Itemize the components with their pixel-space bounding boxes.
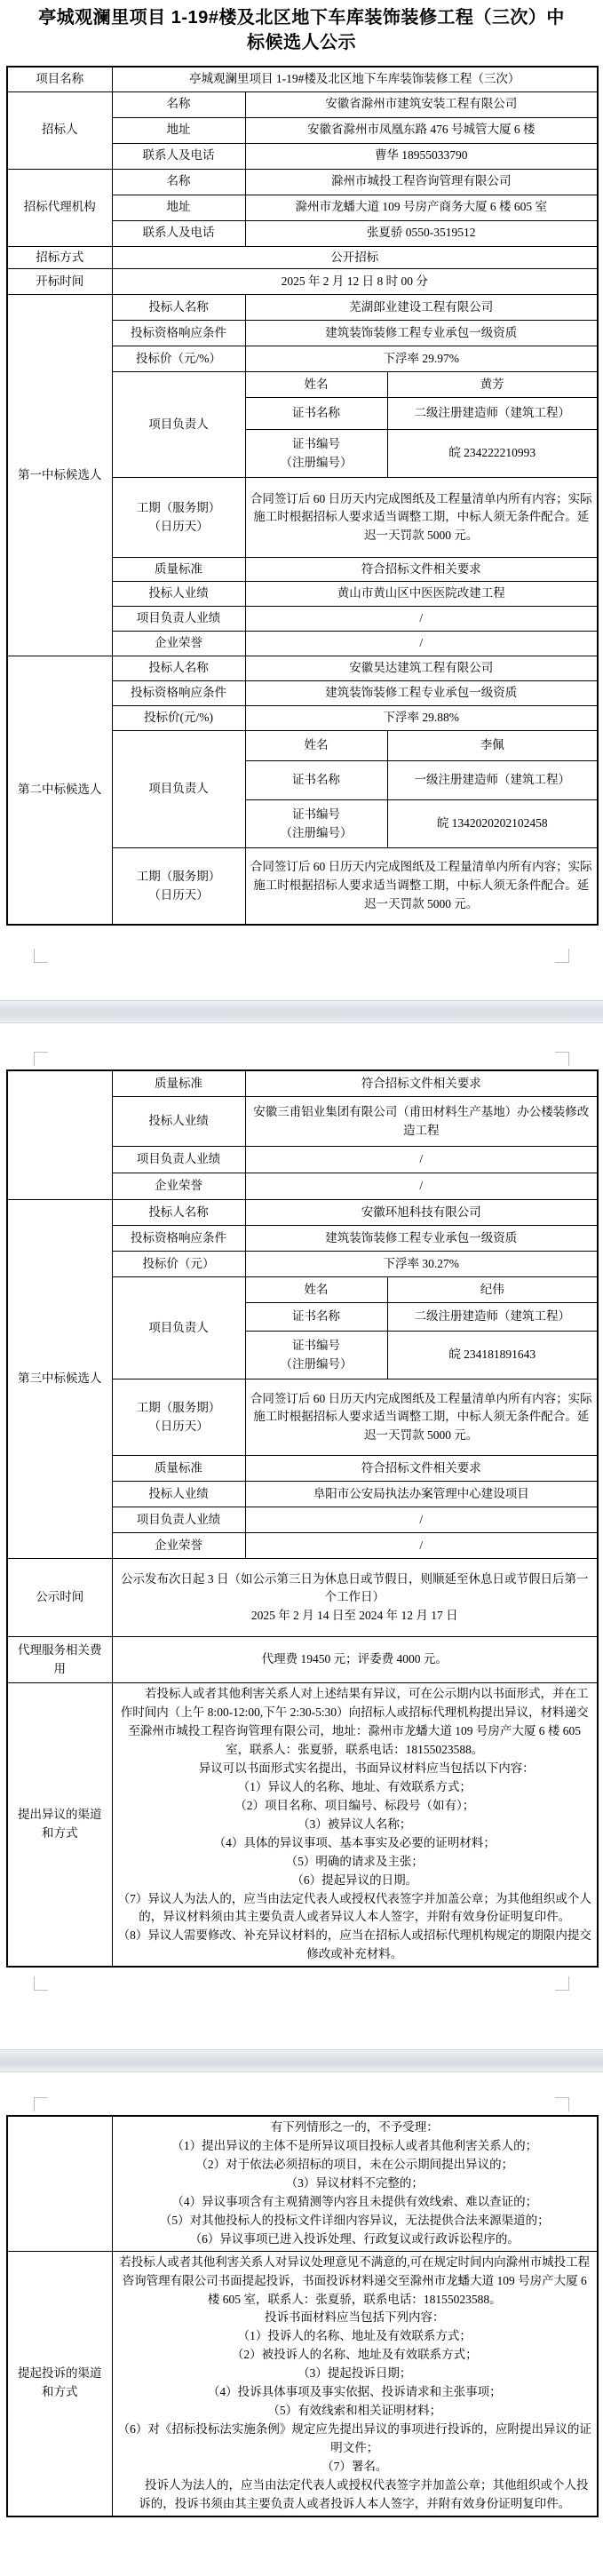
candidate3-cert-no-value: 皖 234181891643	[387, 1332, 598, 1379]
candidate1-pm-perf-value: /	[245, 607, 598, 632]
agency-name-value: 滁州市城投工程咨询管理有限公司	[245, 169, 598, 195]
crop-mark	[555, 1976, 569, 1991]
candidate1-price-value: 下浮率 29.97%	[245, 346, 598, 372]
bidder-perf-label: 投标人业绩	[112, 582, 245, 607]
candidate1-bidder-perf-value: 黄山市黄山区中医医院改建工程	[245, 582, 598, 607]
candidate2-cert-name-value: 一级注册建造师（建筑工程）	[387, 761, 598, 800]
announcement-table-page1: 项目名称 亭城观澜里项目 1-19#楼及北区地下车库装饰装修工程（三次） 招标人…	[6, 66, 599, 926]
honor-label: 企业荣誉	[112, 632, 245, 656]
project-name-label: 项目名称	[7, 67, 112, 91]
tenderer-address-value: 安徽省滁州市凤凰东路 476 号城管大厦 6 楼	[245, 117, 598, 143]
document-canvas: 亭城观澜里项目 1-19#楼及北区地下车库装饰装修工程（三次）中标候选人公示 项…	[0, 0, 603, 2576]
candidate1-quality-value: 符合招标文件相关要求	[245, 558, 598, 582]
honor-label: 企业荣誉	[112, 1173, 245, 1200]
crop-mark	[34, 1052, 48, 1066]
candidate2-honor-value: /	[245, 1173, 598, 1200]
pm-name-label: 姓名	[245, 731, 387, 761]
candidate3-bidder-value: 安徽环旭科技有限公司	[245, 1200, 598, 1226]
candidate1-rank-label: 第一中标候选人	[7, 295, 112, 656]
publicity-time-label: 公示时间	[7, 1559, 112, 1637]
page-title: 亭城观澜里项目 1-19#楼及北区地下车库装饰装修工程（三次）中标候选人公示	[0, 0, 603, 55]
contact-label: 联系人及电话	[112, 143, 245, 169]
page-3: 有下列情形之一的，不予受理： （1）提出异议的主体不是所异议项目投标人或者其他利…	[0, 2072, 603, 2575]
candidate1-cert-no-value: 皖 234222210993	[387, 430, 598, 478]
contact-label: 联系人及电话	[112, 220, 245, 246]
publicity-time-value: 公示发布次日起 3 日（如公示第三日为休息日或节假日，则顺延至休息日或节假日后第…	[112, 1559, 598, 1637]
candidate2-rank-continued-cell	[7, 1070, 112, 1200]
agency-label: 招标代理机构	[7, 169, 112, 246]
bidder-name-label: 投标人名称	[112, 295, 245, 321]
project-name-value: 亭城观澜里项目 1-19#楼及北区地下车库装饰装修工程（三次）	[112, 67, 598, 91]
pm-label: 项目负责人	[112, 1277, 245, 1379]
candidate3-cert-name-value: 二级注册建造师（建筑工程）	[387, 1303, 598, 1332]
crop-mark	[555, 949, 569, 963]
bidder-name-label: 投标人名称	[112, 656, 245, 681]
objection-rejection-text: 有下列情形之一的，不予受理： （1）提出异议的主体不是所异议项目投标人或者其他利…	[112, 2116, 598, 2251]
cert-no-label: 证书编号 （注册编号）	[245, 800, 387, 848]
candidate2-price-value: 下浮率 29.88%	[245, 706, 598, 731]
page-1: 亭城观澜里项目 1-19#楼及北区地下车库装饰装修工程（三次）中标候选人公示 项…	[0, 0, 603, 1000]
candidate3-honor-value: /	[245, 1533, 598, 1559]
crop-mark	[34, 2097, 48, 2111]
duration-label: 工期（服务期） （日历天）	[112, 478, 245, 558]
open-time-value: 2025 年 2 月 12 日 8 时 00 分	[112, 269, 598, 295]
duration-label: 工期（服务期） （日历天）	[112, 1379, 245, 1456]
announcement-table-page2: 质量标准 符合招标文件相关要求 投标人业绩 安徽三甫铝业集团有限公司（甫田材料生…	[6, 1069, 599, 1968]
qualification-label: 投标资格响应条件	[112, 321, 245, 346]
price-label: 投标价（元/%）	[112, 346, 245, 372]
name-label: 名称	[112, 91, 245, 117]
pm-perf-label: 项目负责人业绩	[112, 607, 245, 632]
quality-label: 质量标准	[112, 558, 245, 582]
candidate2-duration-value: 合同签订后 60 日历天内完成图纸及工程量清单内所有内容；实际施工时根据招标人要…	[245, 848, 598, 925]
candidate2-qualification-value: 建筑装饰装修工程专业承包一级资质	[245, 681, 598, 706]
pm-perf-label: 项目负责人业绩	[112, 1507, 245, 1533]
crop-mark	[555, 2097, 569, 2111]
bidder-perf-label: 投标人业绩	[112, 1097, 245, 1147]
tender-method-label: 招标方式	[7, 246, 112, 269]
duration-label: 工期（服务期） （日历天）	[112, 848, 245, 925]
pm-name-label: 姓名	[245, 372, 387, 398]
qualification-label: 投标资格响应条件	[112, 1226, 245, 1252]
quality-label: 质量标准	[112, 1456, 245, 1482]
candidate1-pm-name-value: 黄芳	[387, 372, 598, 398]
qualification-label: 投标资格响应条件	[112, 681, 245, 706]
tenderer-label: 招标人	[7, 91, 112, 169]
pm-label: 项目负责人	[112, 372, 245, 478]
cert-name-label: 证书名称	[245, 398, 387, 430]
quality-label: 质量标准	[112, 1070, 245, 1097]
candidate1-honor-value: /	[245, 632, 598, 656]
cert-name-label: 证书名称	[245, 1303, 387, 1332]
crop-mark	[34, 1976, 48, 1991]
candidate2-rank-label: 第二中标候选人	[7, 656, 112, 925]
candidate1-bidder-value: 芜湖郎业建设工程有限公司	[245, 295, 598, 321]
candidate2-pm-name-value: 李佩	[387, 731, 598, 761]
address-label: 地址	[112, 117, 245, 143]
bidder-name-label: 投标人名称	[112, 1200, 245, 1226]
objection-channel-label: 提出异议的渠道和方式	[7, 1683, 112, 1967]
candidate3-price-value: 下浮率 30.27%	[245, 1252, 598, 1277]
candidate2-bidder-value: 安徽昊达建筑工程有限公司	[245, 656, 598, 681]
cert-no-label: 证书编号 （注册编号）	[245, 1332, 387, 1379]
tender-method-value: 公开招标	[112, 246, 598, 269]
candidate2-quality-value: 符合招标文件相关要求	[245, 1070, 598, 1097]
page-separator	[0, 2049, 603, 2072]
tenderer-contact-value: 曹华 18955033790	[245, 143, 598, 169]
agency-address-value: 滁州市龙蟠大道 109 号房产商务大厦 6 楼 605 室	[245, 195, 598, 220]
candidate1-duration-value: 合同签订后 60 日历天内完成图纸及工程量清单内所有内容；实际施工时根据招标人要…	[245, 478, 598, 558]
open-time-label: 开标时间	[7, 269, 112, 295]
cert-no-label: 证书编号 （注册编号）	[245, 430, 387, 478]
cert-name-label: 证书名称	[245, 761, 387, 800]
candidate3-pm-name-value: 纪伟	[387, 1277, 598, 1303]
announcement-table-page3: 有下列情形之一的，不予受理： （1）提出异议的主体不是所异议项目投标人或者其他利…	[6, 2115, 599, 2516]
address-label: 地址	[112, 195, 245, 220]
objection-channel-continued-cell	[7, 2116, 112, 2251]
candidate3-bidder-perf-value: 阜阳市公安局执法办案管理中心建设项目	[245, 1482, 598, 1507]
objection-channel-text: 若投标人或者其他利害关系人对上述结果有异议，可在公示期内以书面形式，并在工作时间…	[112, 1683, 598, 1967]
candidate3-duration-value: 合同签订后 60 日历天内完成图纸及工程量清单内所有内容；实际施工时根据招标人要…	[245, 1379, 598, 1456]
candidate2-pm-perf-value: /	[245, 1147, 598, 1173]
agency-fee-label: 代理服务相关费用	[7, 1637, 112, 1683]
candidate2-cert-no-value: 皖 1342020202102458	[387, 800, 598, 848]
candidate3-quality-value: 符合招标文件相关要求	[245, 1456, 598, 1482]
honor-label: 企业荣誉	[112, 1533, 245, 1559]
price-label: 投标价(元/%)	[112, 706, 245, 731]
price-label: 投标价（元）	[112, 1252, 245, 1277]
candidate3-pm-perf-value: /	[245, 1507, 598, 1533]
agency-fee-value: 代理费 19450 元；评委费 4000 元。	[112, 1637, 598, 1683]
pm-label: 项目负责人	[112, 731, 245, 848]
page-2: 质量标准 符合招标文件相关要求 投标人业绩 安徽三甫铝业集团有限公司（甫田材料生…	[0, 1023, 603, 2049]
complaint-channel-text: 若投标人或者其他利害关系人对异议处理意见不满意的,可在规定时间内向滁州市城投工程…	[112, 2251, 598, 2516]
candidate2-bidder-perf-value: 安徽三甫铝业集团有限公司（甫田材料生产基地）办公楼装修改造工程	[245, 1097, 598, 1147]
complaint-channel-label: 提起投诉的渠道和方式	[7, 2251, 112, 2516]
agency-contact-value: 张夏骄 0550-3519512	[245, 220, 598, 246]
candidate3-rank-label: 第三中标候选人	[7, 1200, 112, 1559]
name-label: 名称	[112, 169, 245, 195]
page-separator	[0, 1000, 603, 1023]
candidate1-qualification-value: 建筑装饰装修工程专业承包一级资质	[245, 321, 598, 346]
crop-mark	[555, 1052, 569, 1066]
crop-mark	[34, 949, 48, 963]
pm-perf-label: 项目负责人业绩	[112, 1147, 245, 1173]
candidate3-qualification-value: 建筑装饰装修工程专业承包一级资质	[245, 1226, 598, 1252]
tenderer-name-value: 安徽省滁州市建筑安装工程有限公司	[245, 91, 598, 117]
pm-name-label: 姓名	[245, 1277, 387, 1303]
candidate1-cert-name-value: 二级注册建造师（建筑工程）	[387, 398, 598, 430]
bidder-perf-label: 投标人业绩	[112, 1482, 245, 1507]
